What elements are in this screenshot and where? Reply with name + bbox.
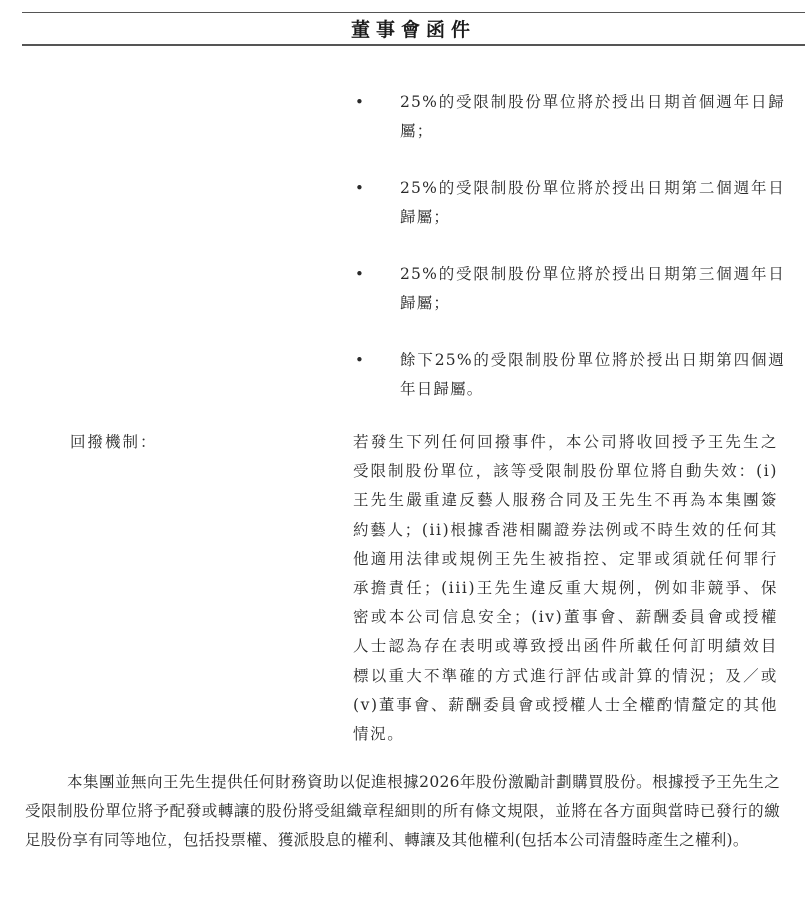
clawback-label: 回撥機制： <box>70 428 158 457</box>
closing-paragraph: 本集團並無向王先生提供任何財務資助以促進根據2026年股份激勵計劃購買股份。根據… <box>25 768 780 855</box>
page-title: 董事會函件 <box>351 15 476 42</box>
list-item: • 25%的受限制股份單位將於授出日期第二個週年日歸屬； <box>355 174 785 232</box>
bullet-icon: • <box>355 260 364 289</box>
list-item-text: 25%的受限制股份單位將於授出日期第二個週年日歸屬； <box>400 174 785 232</box>
list-item-text: 25%的受限制股份單位將於授出日期第三個週年日歸屬； <box>400 260 785 318</box>
bullet-icon: • <box>355 346 364 375</box>
list-item: • 25%的受限制股份單位將於授出日期第三個週年日歸屬； <box>355 260 785 318</box>
list-item: • 25%的受限制股份單位將於授出日期首個週年日歸屬； <box>355 88 785 146</box>
page-header: 董事會函件 <box>22 12 805 46</box>
clawback-text: 若發生下列任何回撥事件，本公司將收回授予王先生之受限制股份單位，該等受限制股份單… <box>353 428 778 749</box>
bullet-icon: • <box>355 88 364 117</box>
vesting-schedule-list: • 25%的受限制股份單位將於授出日期首個週年日歸屬； • 25%的受限制股份單… <box>355 88 785 432</box>
list-item: • 餘下25%的受限制股份單位將於授出日期第四個週年日歸屬。 <box>355 346 785 404</box>
list-item-text: 餘下25%的受限制股份單位將於授出日期第四個週年日歸屬。 <box>400 346 785 404</box>
bullet-icon: • <box>355 174 364 203</box>
list-item-text: 25%的受限制股份單位將於授出日期首個週年日歸屬； <box>400 88 785 146</box>
